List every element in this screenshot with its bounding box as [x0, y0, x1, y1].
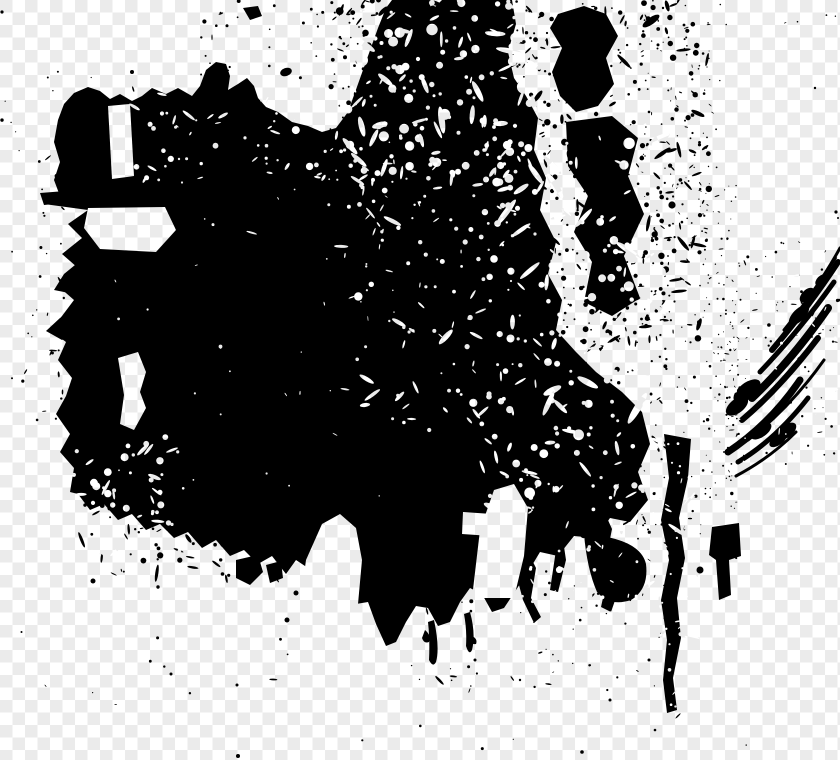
- ink-splatter-graphic: [0, 0, 840, 760]
- hole-top-channel: [108, 104, 134, 179]
- transparent-image-canvas: [0, 0, 840, 760]
